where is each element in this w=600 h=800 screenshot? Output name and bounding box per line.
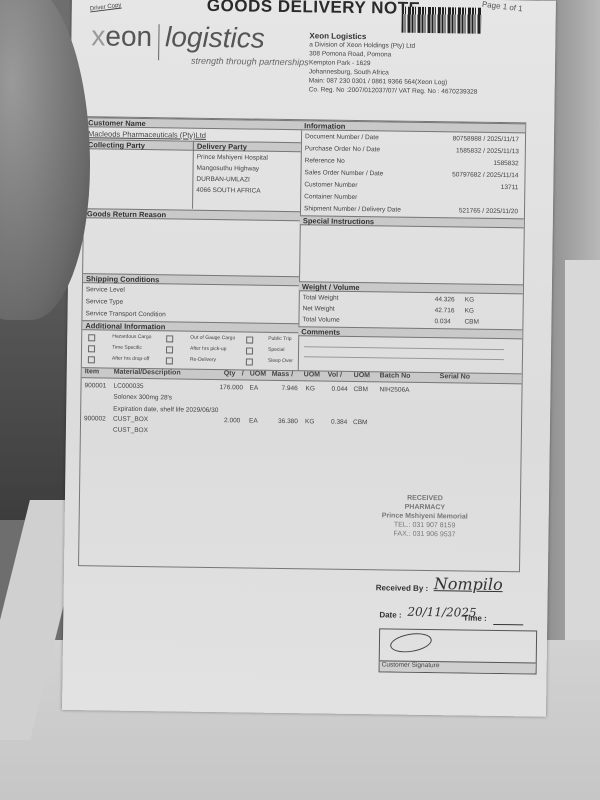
special-instructions-header: Special Instructions [300, 215, 524, 228]
item-number: 900002 [84, 415, 106, 422]
weight-label: Net Weight [303, 305, 335, 312]
column-qty: Qty [224, 370, 236, 377]
column-divider [298, 120, 303, 375]
info-value: 1585832 / 2025/11/13 [456, 147, 519, 155]
shipping-row: Service Level [86, 286, 125, 294]
column-vol: Vol / [328, 372, 342, 379]
company-line: Co. Reg. No :2007/012037/07/ VAT Reg. No… [309, 85, 478, 96]
information-header: Information [301, 120, 525, 133]
option-label: Hazardous Cargo [112, 334, 151, 341]
logo-divider [158, 24, 160, 60]
background-paper-right-sheet [565, 260, 600, 680]
comments-header: Comments [298, 326, 522, 339]
item-mass-uom: KG [305, 385, 315, 392]
company-address: Xeon Logistics a Division of Xeon Holdin… [309, 31, 479, 96]
info-label: Sales Order Number / Date [304, 169, 383, 177]
checkbox-public-trip[interactable] [246, 336, 253, 343]
comment-line [304, 346, 504, 350]
party-divider [192, 141, 194, 209]
page-number: Page 1 of 1 [481, 0, 523, 13]
received-by-label: Received By : [376, 583, 429, 593]
shipping-row: Service Transport Condition [85, 310, 165, 318]
info-label: Document Number / Date [305, 133, 379, 141]
option-label: After hrs pick-up [190, 346, 226, 353]
pharmacy-stamp: RECEIVED PHARMACY Prince Mshiyeni Memori… [364, 493, 485, 540]
column-vol-uom: UOM [354, 372, 370, 379]
item-batch: NIH2506A [379, 386, 409, 393]
weight-value: 42.716 [435, 307, 455, 314]
info-label: Reference No [305, 157, 345, 165]
weight-unit: KG [465, 297, 475, 304]
option-label: Re-Delivery [190, 357, 216, 363]
item-uom: EA [249, 418, 258, 425]
logo-eon: eon [105, 20, 152, 52]
item-qty: 176.000 [219, 384, 243, 391]
customer-signature-box: Customer Signature [379, 628, 538, 674]
customer-name-header: Customer Name [85, 117, 301, 130]
checkbox-time-specific[interactable] [88, 345, 95, 352]
weight-label: Total Weight [303, 294, 339, 301]
shipping-conditions-header: Shipping Conditions [83, 273, 299, 286]
logo-logistics: logistics [165, 21, 265, 53]
item-material: LC000035 [113, 383, 143, 390]
checkbox-after-hrs-dropoff[interactable] [88, 356, 95, 363]
delivery-party-line: Prince Mshiyeni Hospital [197, 154, 268, 162]
weight-value: 0.034 [434, 318, 450, 325]
goods-return-reason-header: Goods Return Reason [84, 208, 300, 221]
received-by-value: Nompilo [434, 574, 503, 594]
delivery-party-line: Mangosuthu Highway [197, 165, 260, 173]
comment-line [304, 356, 504, 360]
column-serial: Serial No [440, 373, 470, 380]
copy-label: Driver Copy [90, 3, 122, 13]
item-vol-uom: CBM [353, 386, 368, 393]
info-value: 13711 [501, 184, 519, 191]
item-qty: 2.000 [224, 417, 240, 424]
item-mass: 7.946 [281, 385, 297, 392]
time-label: Time : [463, 614, 487, 623]
option-label: Public Trip [268, 336, 291, 342]
info-value: 80758988 / 2025/11/17 [453, 135, 519, 143]
logo-x: x [91, 20, 105, 51]
logo-tagline: strength through partnerships [191, 56, 309, 68]
option-label: Time Specific [112, 345, 142, 351]
stamp-line: FAX.: 031 906 9537 [364, 529, 484, 540]
column-batch: Batch No [380, 372, 411, 379]
weight-unit: KG [465, 308, 475, 315]
info-value: 521765 / 2025/11/20 [459, 207, 518, 215]
delivery-party-line: DURBAN-UMLAZI [196, 176, 250, 184]
item-material: CUST_BOX [113, 416, 148, 423]
signature-scribble [389, 631, 433, 655]
company-logo: xeonlogistics strength through partnersh… [91, 20, 265, 61]
document-title: GOODS DELIVERY NOTE [207, 0, 421, 19]
checkbox-special[interactable] [246, 347, 253, 354]
option-label: Special [268, 347, 284, 353]
collecting-party-header: Collecting Party [85, 139, 193, 151]
column-slash: / [242, 370, 244, 377]
delivery-party-line: 4066 SOUTH AFRICA [196, 187, 260, 195]
option-label: After hrs drop-off [112, 356, 150, 363]
weight-unit: CBM [464, 319, 479, 326]
weight-label: Total Volume [302, 316, 339, 324]
info-label: Customer Number [304, 181, 357, 189]
option-label: Out of Gauge Cargo [190, 335, 235, 342]
item-vol-uom: CBM [353, 419, 368, 426]
item-description: Solonex 300mg 28's [113, 394, 172, 402]
date-label: Date : [379, 610, 401, 619]
delivery-note-page: Driver Copy GOODS DELIVERY NOTE Page 1 o… [62, 0, 556, 717]
column-mass: Mass / [272, 371, 294, 378]
info-value: 1585832 [493, 160, 518, 167]
column-uom: UOM [250, 371, 266, 378]
additional-information-header: Additional Information [82, 320, 298, 333]
info-label: Purchase Order No / Date [305, 145, 380, 153]
checkbox-out-of-gauge-cargo[interactable] [166, 335, 173, 342]
weight-value: 44.326 [435, 296, 455, 303]
item-description: CUST_BOX [113, 427, 148, 434]
checkbox-sleep-over[interactable] [246, 358, 253, 365]
column-item: Item [85, 368, 100, 375]
item-vol: 0.044 [331, 386, 347, 393]
item-mass-uom: KG [305, 418, 315, 425]
customer-signature-label: Customer Signature [380, 660, 536, 673]
customer-name-value: Macleods Pharmaceuticals (Pty)Ltd [88, 129, 206, 140]
item-mass: 36.380 [278, 418, 298, 425]
info-value: 50797682 / 2025/11/14 [452, 171, 518, 179]
item-vol: 0.384 [331, 419, 347, 426]
checkbox-hazardous-cargo[interactable] [88, 334, 95, 341]
checkbox-after-hrs-pickup[interactable] [166, 346, 173, 353]
item-number: 900001 [84, 382, 106, 389]
delivery-party-header: Delivery Party [193, 141, 301, 153]
barcode [401, 7, 481, 34]
info-label: Container Number [304, 193, 357, 201]
column-material: Material/Description [114, 369, 181, 377]
item-uom: EA [249, 385, 258, 392]
info-label: Shipment Number / Delivery Date [304, 205, 401, 213]
weight-volume-header: Weight / Volume [299, 281, 523, 294]
item-description: Expiration date, shelf life 2029/06/30 [113, 406, 218, 414]
checkbox-re-delivery[interactable] [166, 357, 173, 364]
column-mass-uom: UOM [304, 371, 320, 378]
option-label: Sleep Over [268, 358, 293, 364]
time-field [493, 624, 523, 625]
shipping-row: Service Type [86, 298, 124, 306]
